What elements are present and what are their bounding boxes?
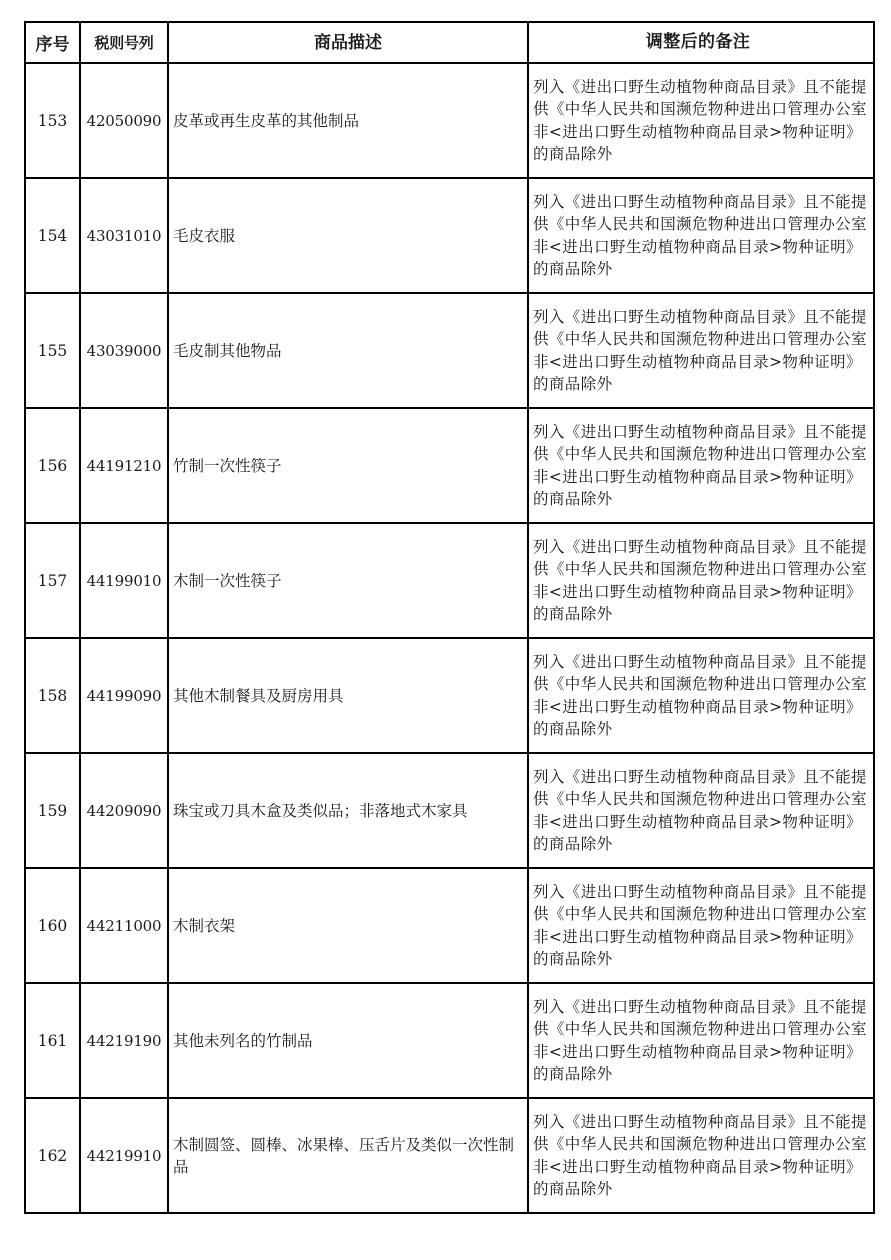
cell-note: 列入《进出口野生动植物种商品目录》且不能提供《中华人民共和国濒危物种进出口管理办…	[528, 408, 874, 523]
cell-note: 列入《进出口野生动植物种商品目录》且不能提供《中华人民共和国濒危物种进出口管理办…	[528, 638, 874, 753]
cell-seq: 162	[25, 1098, 80, 1213]
table-row: 155 43039000 毛皮制其他物品 列入《进出口野生动植物种商品目录》且不…	[25, 293, 874, 408]
cell-note: 列入《进出口野生动植物种商品目录》且不能提供《中华人民共和国濒危物种进出口管理办…	[528, 1098, 874, 1213]
cell-note: 列入《进出口野生动植物种商品目录》且不能提供《中华人民共和国濒危物种进出口管理办…	[528, 523, 874, 638]
cell-description: 木制圆签、圆棒、冰果棒、压舌片及类似一次性制品	[168, 1098, 528, 1213]
cell-seq: 159	[25, 753, 80, 868]
cell-note: 列入《进出口野生动植物种商品目录》且不能提供《中华人民共和国濒危物种进出口管理办…	[528, 753, 874, 868]
header-seq: 序号	[25, 22, 80, 63]
goods-table: 序号 税则号列 商品描述 调整后的备注 153 42050090 皮革或再生皮革…	[24, 21, 875, 1214]
cell-seq: 153	[25, 63, 80, 178]
table-row: 162 44219910 木制圆签、圆棒、冰果棒、压舌片及类似一次性制品 列入《…	[25, 1098, 874, 1213]
cell-description: 其他木制餐具及厨房用具	[168, 638, 528, 753]
table-row: 158 44199090 其他木制餐具及厨房用具 列入《进出口野生动植物种商品目…	[25, 638, 874, 753]
table-row: 160 44211000 木制衣架 列入《进出口野生动植物种商品目录》且不能提供…	[25, 868, 874, 983]
header-tariff-code: 税则号列	[80, 22, 168, 63]
cell-tariff-code: 44191210	[80, 408, 168, 523]
table-row: 153 42050090 皮革或再生皮革的其他制品 列入《进出口野生动植物种商品…	[25, 63, 874, 178]
cell-description: 皮革或再生皮革的其他制品	[168, 63, 528, 178]
table-row: 157 44199010 木制一次性筷子 列入《进出口野生动植物种商品目录》且不…	[25, 523, 874, 638]
cell-note: 列入《进出口野生动植物种商品目录》且不能提供《中华人民共和国濒危物种进出口管理办…	[528, 983, 874, 1098]
cell-tariff-code: 44219190	[80, 983, 168, 1098]
cell-seq: 160	[25, 868, 80, 983]
cell-tariff-code: 43031010	[80, 178, 168, 293]
cell-description: 珠宝或刀具木盒及类似品；非落地式木家具	[168, 753, 528, 868]
cell-description: 木制衣架	[168, 868, 528, 983]
cell-seq: 157	[25, 523, 80, 638]
cell-tariff-code: 44209090	[80, 753, 168, 868]
cell-note: 列入《进出口野生动植物种商品目录》且不能提供《中华人民共和国濒危物种进出口管理办…	[528, 868, 874, 983]
cell-note: 列入《进出口野生动植物种商品目录》且不能提供《中华人民共和国濒危物种进出口管理办…	[528, 293, 874, 408]
cell-tariff-code: 44199010	[80, 523, 168, 638]
header-note: 调整后的备注	[528, 22, 874, 63]
cell-tariff-code: 44199090	[80, 638, 168, 753]
table-header-row: 序号 税则号列 商品描述 调整后的备注	[25, 22, 874, 63]
cell-note: 列入《进出口野生动植物种商品目录》且不能提供《中华人民共和国濒危物种进出口管理办…	[528, 63, 874, 178]
table-row: 161 44219190 其他未列名的竹制品 列入《进出口野生动植物种商品目录》…	[25, 983, 874, 1098]
cell-tariff-code: 44211000	[80, 868, 168, 983]
cell-seq: 161	[25, 983, 80, 1098]
table-row: 154 43031010 毛皮衣服 列入《进出口野生动植物种商品目录》且不能提供…	[25, 178, 874, 293]
header-description: 商品描述	[168, 22, 528, 63]
cell-seq: 154	[25, 178, 80, 293]
cell-description: 其他未列名的竹制品	[168, 983, 528, 1098]
cell-tariff-code: 42050090	[80, 63, 168, 178]
cell-seq: 158	[25, 638, 80, 753]
cell-tariff-code: 43039000	[80, 293, 168, 408]
cell-description: 竹制一次性筷子	[168, 408, 528, 523]
cell-seq: 155	[25, 293, 80, 408]
cell-description: 毛皮制其他物品	[168, 293, 528, 408]
cell-description: 木制一次性筷子	[168, 523, 528, 638]
cell-tariff-code: 44219910	[80, 1098, 168, 1213]
table-row: 156 44191210 竹制一次性筷子 列入《进出口野生动植物种商品目录》且不…	[25, 408, 874, 523]
cell-description: 毛皮衣服	[168, 178, 528, 293]
cell-note: 列入《进出口野生动植物种商品目录》且不能提供《中华人民共和国濒危物种进出口管理办…	[528, 178, 874, 293]
cell-seq: 156	[25, 408, 80, 523]
table-row: 159 44209090 珠宝或刀具木盒及类似品；非落地式木家具 列入《进出口野…	[25, 753, 874, 868]
